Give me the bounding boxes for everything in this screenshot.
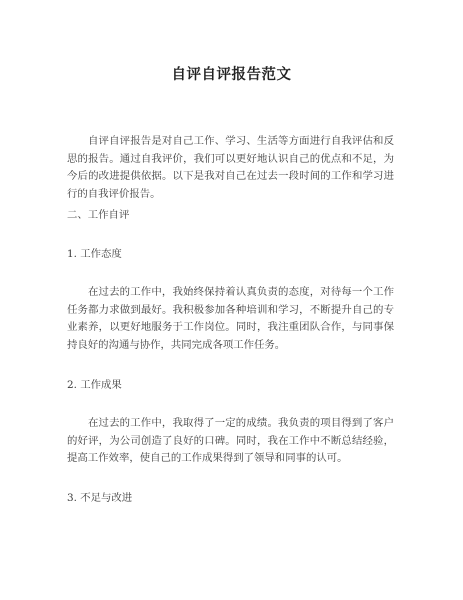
subsection-heading-shortcomings-improvement: 3. 不足与改进 (67, 490, 132, 506)
paragraph-work-attitude: 在过去的工作中，我始终保持着认真负责的态度，对待每一个工作任务都力求做到最好。我… (67, 284, 394, 355)
section-heading-work-self-evaluation: 二、工作自评 (67, 207, 129, 223)
paragraph-work-results: 在过去的工作中，我取得了一定的成绩。我负责的项目得到了客户的好评，为公司创造了良… (67, 415, 394, 468)
subsection-heading-work-results: 2. 工作成果 (67, 377, 122, 393)
document-title: 自评自评报告范文 (0, 65, 463, 85)
subsection-heading-work-attitude: 1. 工作态度 (67, 246, 122, 262)
document-page: 自评自评报告范文 自评自评报告是对自己工作、学习、生活等方面进行自我评估和反思的… (0, 0, 463, 600)
intro-paragraph: 自评自评报告是对自己工作、学习、生活等方面进行自我评估和反思的报告。通过自我评价… (67, 133, 394, 204)
